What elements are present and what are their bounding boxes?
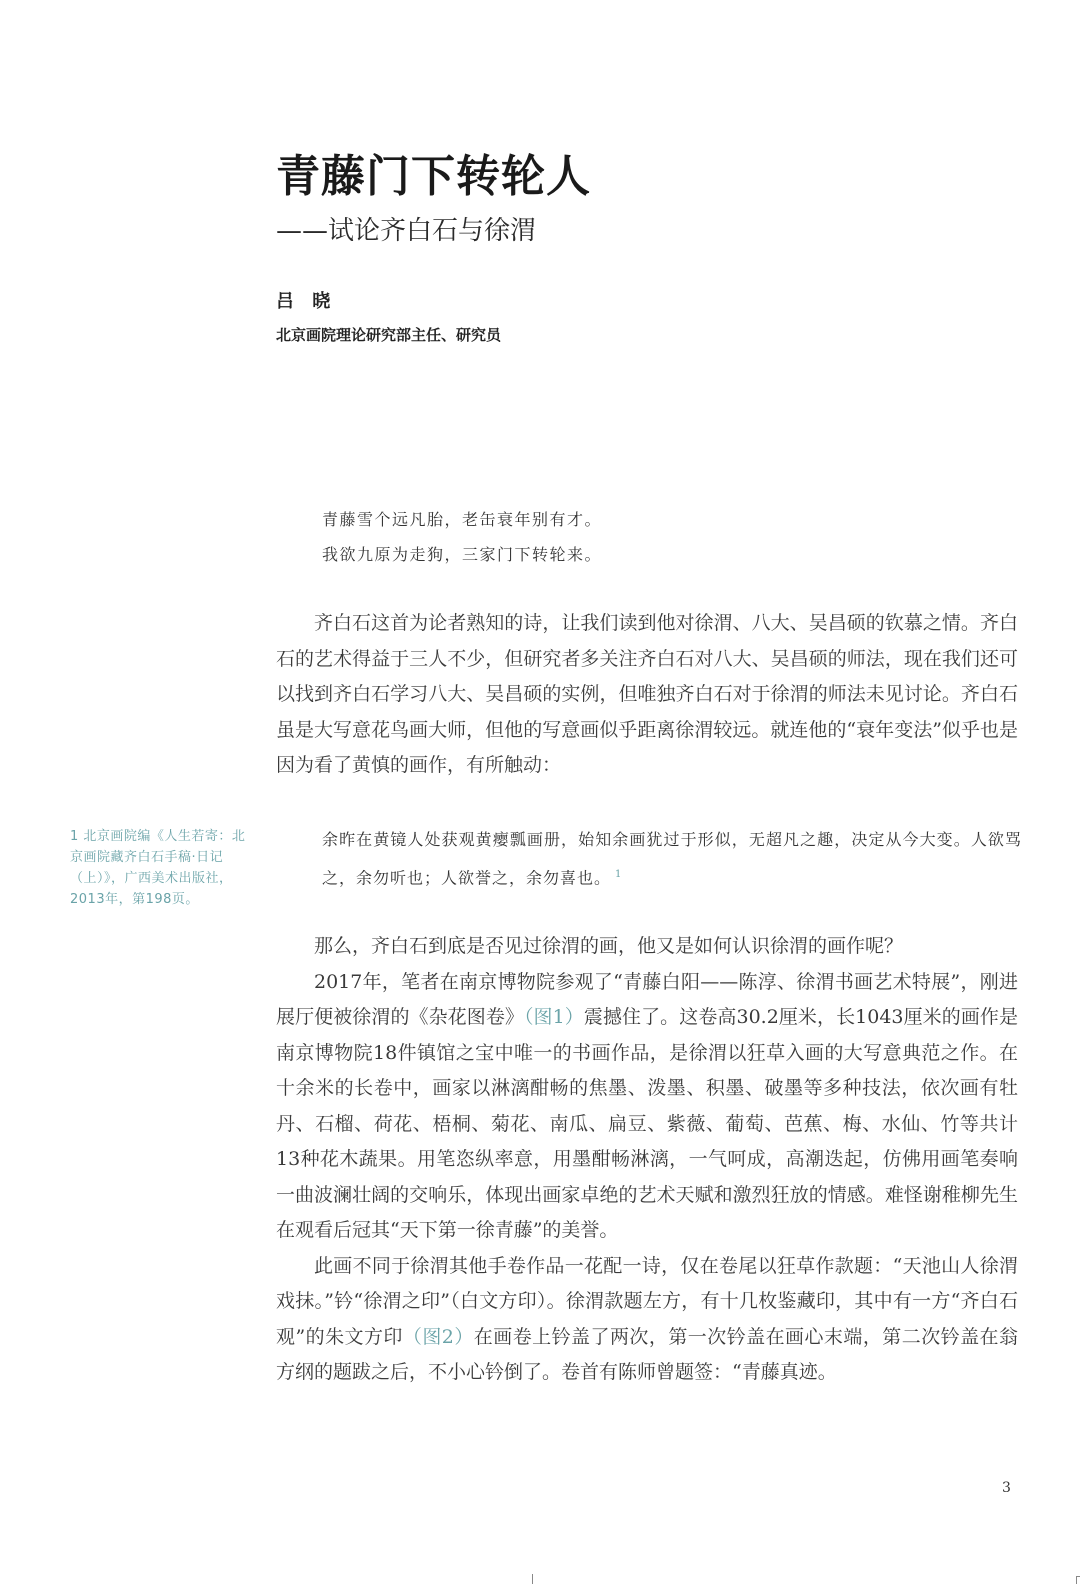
figure-reference-1[interactable]: （图1） <box>524 1006 584 1028</box>
body-paragraph: 齐白石这首为论者熟知的诗，让我们读到他对徐渭、八大、吴昌硕的钦慕之情。齐白石的艺… <box>276 606 1018 784</box>
body-paragraph-block-2: 那么，齐白石到底是否见过徐渭的画，他又是如何认识徐渭的画作呢？ 2017年，笔者… <box>276 929 1018 1391</box>
poem-line: 青藤雪个远凡胎，老缶衰年别有才。 <box>322 502 602 537</box>
author-affiliation: 北京画院理论研究部主任、研究员 <box>276 324 501 345</box>
footnote-reference[interactable]: 1 <box>615 869 622 880</box>
body-paragraph: 2017年，笔者在南京博物院参观了“青藤白阳——陈淳、徐渭书画艺术特展”，刚进展… <box>276 965 1018 1249</box>
crop-mark <box>532 1574 533 1584</box>
figure-reference-2[interactable]: （图2） <box>403 1326 474 1348</box>
epigraph-poem: 青藤雪个远凡胎，老缶衰年别有才。 我欲九原为走狗，三家门下转轮来。 <box>322 502 602 572</box>
body-paragraph: 那么，齐白石到底是否见过徐渭的画，他又是如何认识徐渭的画作呢？ <box>276 929 1018 965</box>
body-paragraph-block-1: 齐白石这首为论者熟知的诗，让我们读到他对徐渭、八大、吴昌硕的钦慕之情。齐白石的艺… <box>276 606 1018 784</box>
body-paragraph: 此画不同于徐渭其他手卷作品一花配一诗，仅在卷尾以狂草作款题：“天池山人徐渭戏抹。… <box>276 1249 1018 1391</box>
article-subtitle: ——试论齐白石与徐渭 <box>276 210 536 247</box>
crop-mark <box>1076 1576 1080 1584</box>
block-quote: 余昨在黄镜人处获观黄瘿瓢画册，始知余画犹过于形似，无超凡之趣，决定从今大变。人欲… <box>322 822 1022 895</box>
poem-line: 我欲九原为走狗，三家门下转轮来。 <box>322 537 602 572</box>
text-run: 震撼住了。这卷高30.2厘米，长1043厘米的画作是南京博物院18件镇馆之宝中唯… <box>276 1006 1018 1241</box>
author-name: 吕 晓 <box>276 287 336 313</box>
quote-text: 余昨在黄镜人处获观黄瘿瓢画册，始知余画犹过于形似，无超凡之趣，决定从今大变。人欲… <box>322 830 1022 887</box>
article-title: 青藤门下转轮人 <box>276 140 591 204</box>
page-number: 3 <box>1002 1480 1011 1496</box>
sidenote-footnote: 1 北京画院编《人生若寄：北京画院藏齐白石手稿·日记（上）》，广西美术出版社，2… <box>70 826 255 910</box>
